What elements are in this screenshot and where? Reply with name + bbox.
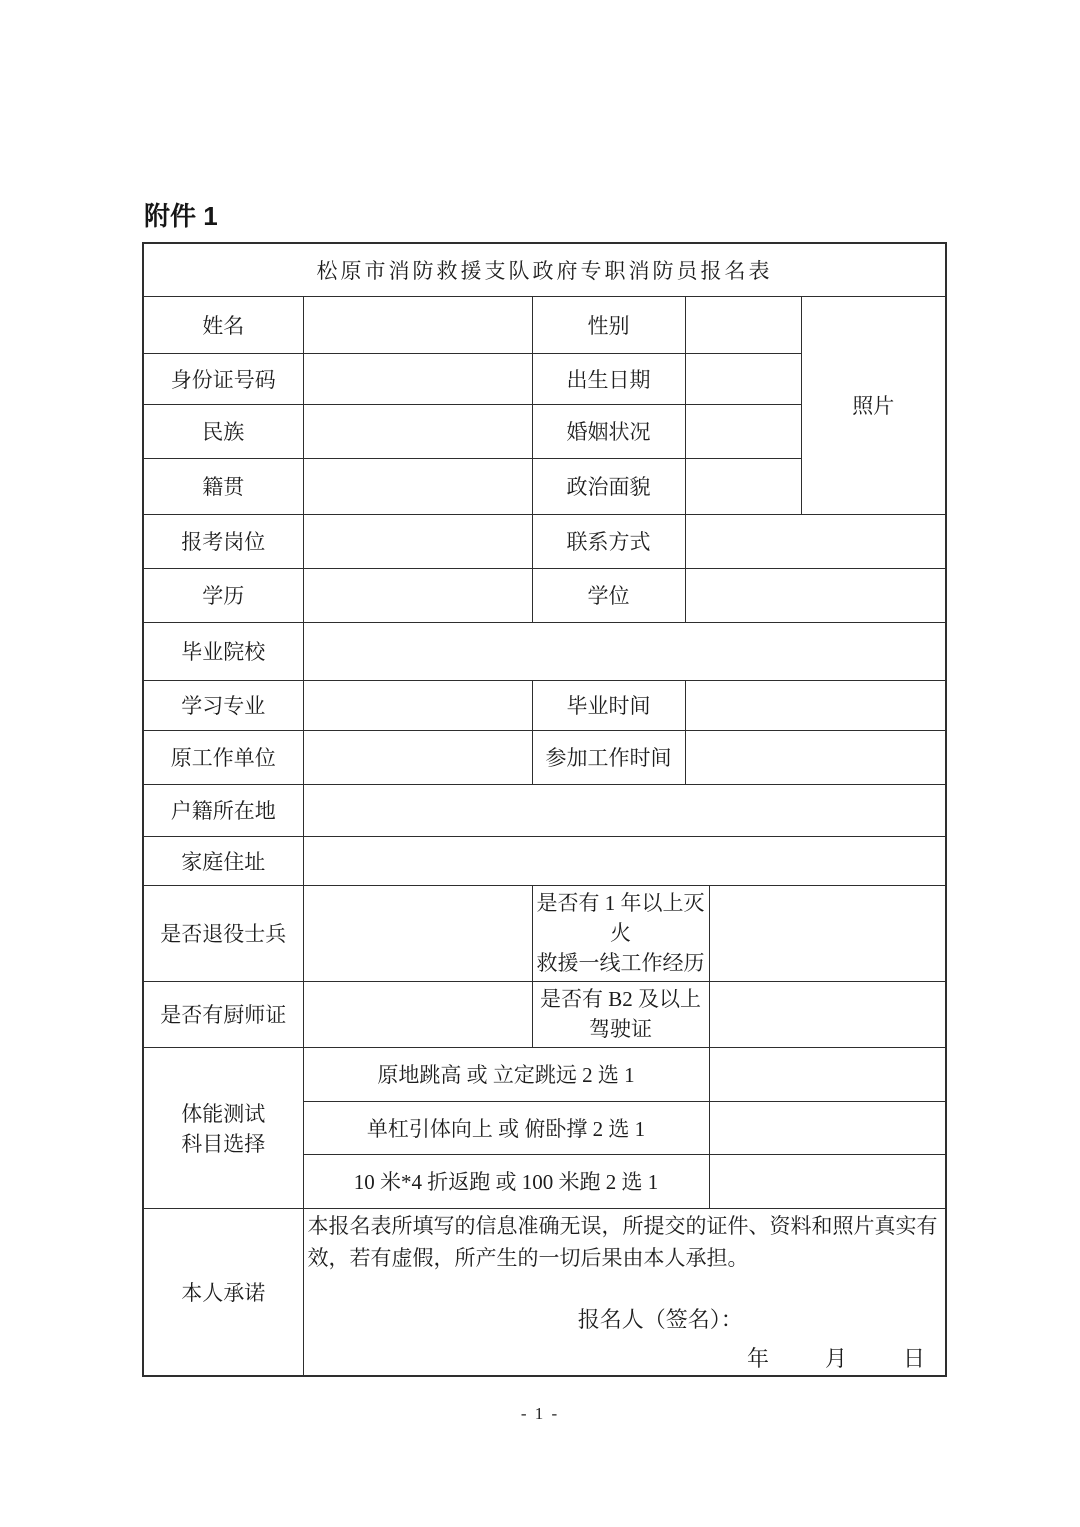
declaration-signature-label: 报名人（签名）： [308, 1303, 942, 1334]
field-value-applied-position [303, 514, 532, 568]
fire-rescue-experience-line1: 是否有 1 年以上灭火 [537, 888, 705, 949]
field-label-work-start-date: 参加工作时间 [532, 730, 685, 784]
field-label-physical-test: 体能测试 科目选择 [143, 1047, 303, 1208]
field-label-name: 姓名 [143, 296, 303, 353]
field-label-declaration: 本人承诺 [143, 1208, 303, 1375]
field-label-former-employer: 原工作单位 [143, 730, 303, 784]
field-label-native-place: 籍贯 [143, 458, 303, 514]
field-value-major [303, 680, 532, 730]
field-label-degree: 学位 [532, 568, 685, 622]
row-employer-workstart: 原工作单位 参加工作时间 [143, 730, 946, 784]
b2-license-line2: 驾驶证 [537, 1014, 705, 1044]
b2-license-line1: 是否有 B2 及以上 [537, 984, 705, 1014]
field-label-birth-date: 出生日期 [532, 353, 685, 404]
field-value-political-status [685, 458, 801, 514]
row-graduate-school: 毕业院校 [143, 622, 946, 680]
document-page: 附件 1 松原市消防救援支队政府专职消防员报名表 姓名 性别 照片 身份证号码 … [0, 0, 1080, 1527]
field-value-birth-date [685, 353, 801, 404]
field-value-chef-certificate [303, 981, 532, 1047]
field-value-graduation-date [685, 680, 946, 730]
field-label-political-status: 政治面貌 [532, 458, 685, 514]
row-chefcert-b2: 是否有厨师证 是否有 B2 及以上 驾驶证 [143, 981, 946, 1047]
physical-test-item-2: 单杠引体向上 或 俯卧撑 2 选 1 [303, 1101, 709, 1154]
field-value-contact [685, 514, 946, 568]
field-value-name [303, 296, 532, 353]
field-label-fire-rescue-experience: 是否有 1 年以上灭火 救援一线工作经历 [532, 885, 709, 981]
field-label-is-veteran: 是否退役士兵 [143, 885, 303, 981]
field-label-marital-status: 婚姻状况 [532, 404, 685, 458]
field-label-ethnicity: 民族 [143, 404, 303, 458]
field-value-id-number [303, 353, 532, 404]
field-value-education [303, 568, 532, 622]
row-education-degree: 学历 学位 [143, 568, 946, 622]
field-label-graduate-school: 毕业院校 [143, 622, 303, 680]
declaration-text: 本报名表所填写的信息准确无误，所提交的证件、资料和照片真实有效，若有虚假，所产生… [308, 1211, 942, 1275]
row-household-registration: 户籍所在地 [143, 784, 946, 836]
field-value-home-address [303, 836, 946, 885]
field-label-chef-certificate: 是否有厨师证 [143, 981, 303, 1047]
declaration-date-line: 年 月 日 [308, 1342, 942, 1373]
field-value-gender [685, 296, 801, 353]
field-label-home-address: 家庭住址 [143, 836, 303, 885]
row-major-graduation: 学习专业 毕业时间 [143, 680, 946, 730]
row-name-gender: 姓名 性别 照片 [143, 296, 946, 353]
field-label-b2-license: 是否有 B2 及以上 驾驶证 [532, 981, 709, 1047]
field-value-native-place [303, 458, 532, 514]
physical-test-value-1 [709, 1047, 946, 1101]
row-home-address: 家庭住址 [143, 836, 946, 885]
photo-box: 照片 [801, 296, 946, 514]
title-row: 松原市消防救援支队政府专职消防员报名表 [143, 243, 946, 296]
declaration-content: 本报名表所填写的信息准确无误，所提交的证件、资料和照片真实有效，若有虚假，所产生… [303, 1208, 946, 1375]
field-value-graduate-school [303, 622, 946, 680]
fire-rescue-experience-line2: 救援一线工作经历 [537, 948, 705, 978]
attachment-label: 附件 1 [144, 196, 218, 233]
physical-test-value-2 [709, 1101, 946, 1154]
physical-test-item-3: 10 米*4 折返跑 或 100 米跑 2 选 1 [303, 1154, 709, 1208]
field-value-work-start-date [685, 730, 946, 784]
row-position-contact: 报考岗位 联系方式 [143, 514, 946, 568]
field-value-marital-status [685, 404, 801, 458]
field-value-fire-rescue-experience [709, 885, 946, 981]
field-value-degree [685, 568, 946, 622]
field-label-education: 学历 [143, 568, 303, 622]
field-label-gender: 性别 [532, 296, 685, 353]
field-value-former-employer [303, 730, 532, 784]
physical-test-label-line2: 科目选择 [148, 1128, 299, 1158]
field-value-b2-license [709, 981, 946, 1047]
form-title: 松原市消防救援支队政府专职消防员报名表 [143, 243, 946, 296]
registration-form-table: 松原市消防救援支队政府专职消防员报名表 姓名 性别 照片 身份证号码 出生日期 … [142, 242, 947, 1377]
field-label-applied-position: 报考岗位 [143, 514, 303, 568]
field-value-household-registration [303, 784, 946, 836]
field-value-ethnicity [303, 404, 532, 458]
row-declaration: 本人承诺 本报名表所填写的信息准确无误，所提交的证件、资料和照片真实有效，若有虚… [143, 1208, 946, 1375]
row-physical-test-1: 体能测试 科目选择 原地跳高 或 立定跳远 2 选 1 [143, 1047, 946, 1101]
field-label-major: 学习专业 [143, 680, 303, 730]
field-label-contact: 联系方式 [532, 514, 685, 568]
physical-test-label-line1: 体能测试 [148, 1098, 299, 1128]
physical-test-item-1: 原地跳高 或 立定跳远 2 选 1 [303, 1047, 709, 1101]
physical-test-value-3 [709, 1154, 946, 1208]
field-label-household-registration: 户籍所在地 [143, 784, 303, 836]
field-label-id-number: 身份证号码 [143, 353, 303, 404]
page-number: - 1 - [0, 1404, 1080, 1424]
row-veteran-fireexp: 是否退役士兵 是否有 1 年以上灭火 救援一线工作经历 [143, 885, 946, 981]
field-value-is-veteran [303, 885, 532, 981]
field-label-graduation-date: 毕业时间 [532, 680, 685, 730]
